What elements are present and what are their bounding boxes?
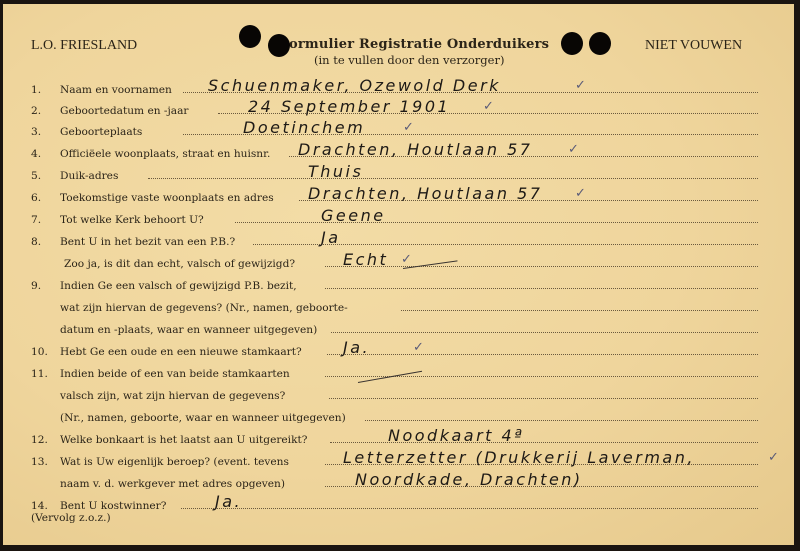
handwritten-answer[interactable]: 24 September 1901 [248, 97, 450, 116]
dotted-answer-line [325, 288, 758, 289]
form-subtitle: (in te vullen door den verzorger) [314, 53, 504, 67]
pencil-checkmark-icon: ✓ [483, 99, 494, 114]
field-label: Indien beide of een van beide stamkaarte… [60, 368, 290, 380]
field-label: naam v. d. werkgever met adres opgeven) [60, 478, 285, 490]
continued-overleaf-note: (Vervolg z.o.z.) [31, 512, 111, 524]
form-field-row: valsch zijn, wat zijn hiervan de gegeven… [3, 390, 794, 410]
form-title: ormulier Registratie Onderduikers [289, 37, 549, 52]
field-number: 9. [31, 280, 41, 292]
handwritten-answer[interactable]: Doetinchem [243, 118, 365, 137]
handwritten-answer[interactable]: Drachten, Houtlaan 57 [308, 184, 542, 203]
form-field-row: 6.Toekomstige vaste woonplaats en adresD… [3, 192, 794, 212]
field-number: 5. [31, 170, 41, 182]
form-field-row: 9.Indien Ge een valsch of gewijzigd P.B.… [3, 280, 794, 300]
dotted-answer-line [325, 266, 758, 267]
form-field-row: 10.Hebt Ge een oude en een nieuwe stamka… [3, 346, 794, 366]
field-label: Wat is Uw eigenlijk beroep? (event. teve… [60, 456, 289, 468]
field-label: Duik-adres [60, 170, 118, 182]
dotted-answer-line [181, 508, 758, 509]
form-field-row: 11.Indien beide of een van beide stamkaa… [3, 368, 794, 388]
field-number: 12. [31, 434, 48, 446]
handwritten-answer[interactable]: Echt [343, 250, 388, 269]
dotted-answer-line [235, 222, 758, 223]
form-field-row: 7.Tot welke Kerk behoort U?Geene [3, 214, 794, 234]
do-not-fold-label: NIET VOUWEN [645, 38, 742, 54]
field-label: Hebt Ge een oude en een nieuwe stamkaart… [60, 346, 302, 358]
pencil-checkmark-icon: ✓ [568, 142, 579, 157]
field-number: 6. [31, 192, 41, 204]
form-field-row: 2.Geboortedatum en -jaar24 September 190… [3, 105, 794, 125]
dotted-answer-line [148, 178, 758, 179]
form-field-row: 8.Bent U in het bezit van een P.B.?Ja [3, 236, 794, 256]
field-number: 2. [31, 105, 41, 117]
handwritten-answer[interactable]: Ja [321, 228, 341, 247]
punch-hole-icon [561, 32, 583, 55]
handwritten-answer[interactable]: Noodkaart 4ª [388, 426, 524, 445]
field-number: 11. [31, 368, 48, 380]
form-field-row: wat zijn hiervan de gegevens? (Nr., name… [3, 302, 794, 322]
field-number: 3. [31, 126, 41, 138]
pencil-checkmark-icon: ✓ [768, 450, 779, 465]
organization-label: L.O. FRIESLAND [31, 38, 137, 54]
field-label: Tot welke Kerk behoort U? [60, 214, 204, 226]
field-label: Bent U in het bezit van een P.B.? [60, 236, 235, 248]
pencil-checkmark-icon: ✓ [401, 252, 412, 267]
dotted-answer-line [329, 398, 758, 399]
field-number: 4. [31, 148, 41, 160]
handwritten-answer[interactable]: Schuenmaker, Ozewold Derk [208, 76, 501, 95]
punch-hole-icon [268, 34, 290, 57]
form-field-row: Zoo ja, is dit dan echt, valsch of gewij… [3, 258, 794, 278]
field-label: Geboortedatum en -jaar [60, 105, 188, 117]
pencil-checkmark-icon: ✓ [403, 120, 414, 135]
form-field-row: 4.Officiëele woonplaats, straat en huisn… [3, 148, 794, 168]
handwritten-answer[interactable]: Noordkade, Drachten) [355, 470, 583, 489]
punch-hole-icon [589, 32, 611, 55]
field-label: (Nr., namen, geboorte, waar en wanneer u… [60, 412, 346, 424]
dotted-answer-line [365, 420, 758, 421]
field-label: Naam en voornamen [60, 84, 172, 96]
form-field-row: datum en -plaats, waar en wanneer uitgeg… [3, 324, 794, 344]
handwritten-answer[interactable]: Letterzetter (Drukkerij Laverman, [343, 448, 695, 467]
handwritten-answer[interactable]: Ja. [215, 492, 242, 511]
pencil-checkmark-icon: ✓ [413, 340, 424, 355]
field-label: Bent U kostwinner? [60, 500, 166, 512]
field-number: 8. [31, 236, 41, 248]
field-label: Indien Ge een valsch of gewijzigd P.B. b… [60, 280, 297, 292]
field-label: Officiëele woonplaats, straat en huisnr. [60, 148, 270, 160]
field-label: Zoo ja, is dit dan echt, valsch of gewij… [64, 258, 295, 270]
form-field-row: naam v. d. werkgever met adres opgeven)N… [3, 478, 794, 498]
dotted-answer-line [401, 310, 758, 311]
field-label: Geboorteplaats [60, 126, 142, 138]
field-label: datum en -plaats, waar en wanneer uitgeg… [60, 324, 317, 336]
punch-hole-icon [239, 25, 261, 48]
form-field-row: 14.Bent U kostwinner?Ja. [3, 500, 794, 520]
pencil-checkmark-icon: ✓ [575, 186, 586, 201]
field-label: Toekomstige vaste woonplaats en adres [60, 192, 274, 204]
registration-form-card: L.O. FRIESLAND ormulier Registratie Onde… [3, 4, 794, 545]
dotted-answer-line [331, 332, 758, 333]
field-number: 7. [31, 214, 41, 226]
field-number: 14. [31, 500, 48, 512]
handwritten-answer[interactable]: Geene [321, 206, 386, 225]
handwritten-answer[interactable]: Drachten, Houtlaan 57 [298, 140, 532, 159]
pencil-checkmark-icon: ✓ [575, 78, 586, 93]
field-label: valsch zijn, wat zijn hiervan de gegeven… [60, 390, 285, 402]
handwritten-answer[interactable]: Thuis [308, 162, 363, 181]
field-number: 10. [31, 346, 48, 358]
field-number: 1. [31, 84, 41, 96]
handwritten-answer[interactable]: Ja. [343, 338, 370, 357]
field-label: Welke bonkaart is het laatst aan U uitge… [60, 434, 307, 446]
dotted-answer-line [327, 354, 758, 355]
field-number: 13. [31, 456, 48, 468]
field-label: wat zijn hiervan de gegevens? (Nr., name… [60, 302, 348, 314]
